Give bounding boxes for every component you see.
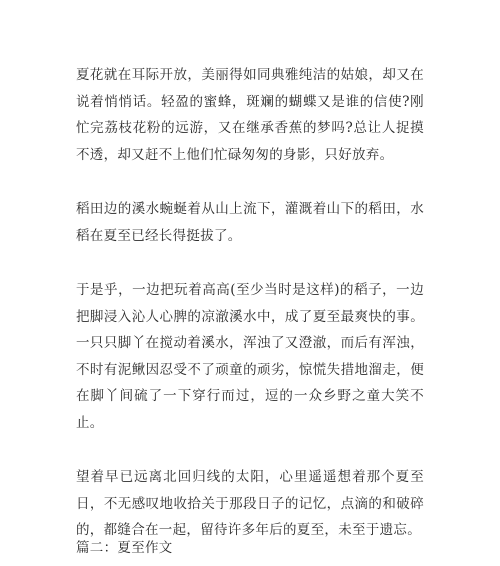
section-heading: 篇二：夏至作文 <box>76 535 173 561</box>
document-body: 夏花就在耳际开放，美丽得如同典雅纯洁的姑娘，却又在说着悄悄话。轻盈的蜜蜂，斑斓的… <box>76 62 424 566</box>
paragraph-1: 夏花就在耳际开放，美丽得如同典雅纯洁的姑娘，却又在说着悄悄话。轻盈的蜜蜂，斑斓的… <box>76 62 424 168</box>
paragraph-2: 稻田边的溪水蜿蜒着从山上流下，灌溉着山下的稻田，水稻在夏至已经长得挺拔了。 <box>76 196 424 249</box>
paragraph-3: 于是乎，一边把玩着高高(至少当时是这样)的稻子，一边把脚浸入沁人心脾的凉澈溪水中… <box>76 277 424 436</box>
paragraph-4: 望着早已远离北回归线的太阳，心里遥遥想着那个夏至日，不无感叹地收拾关于那段日子的… <box>76 464 424 544</box>
